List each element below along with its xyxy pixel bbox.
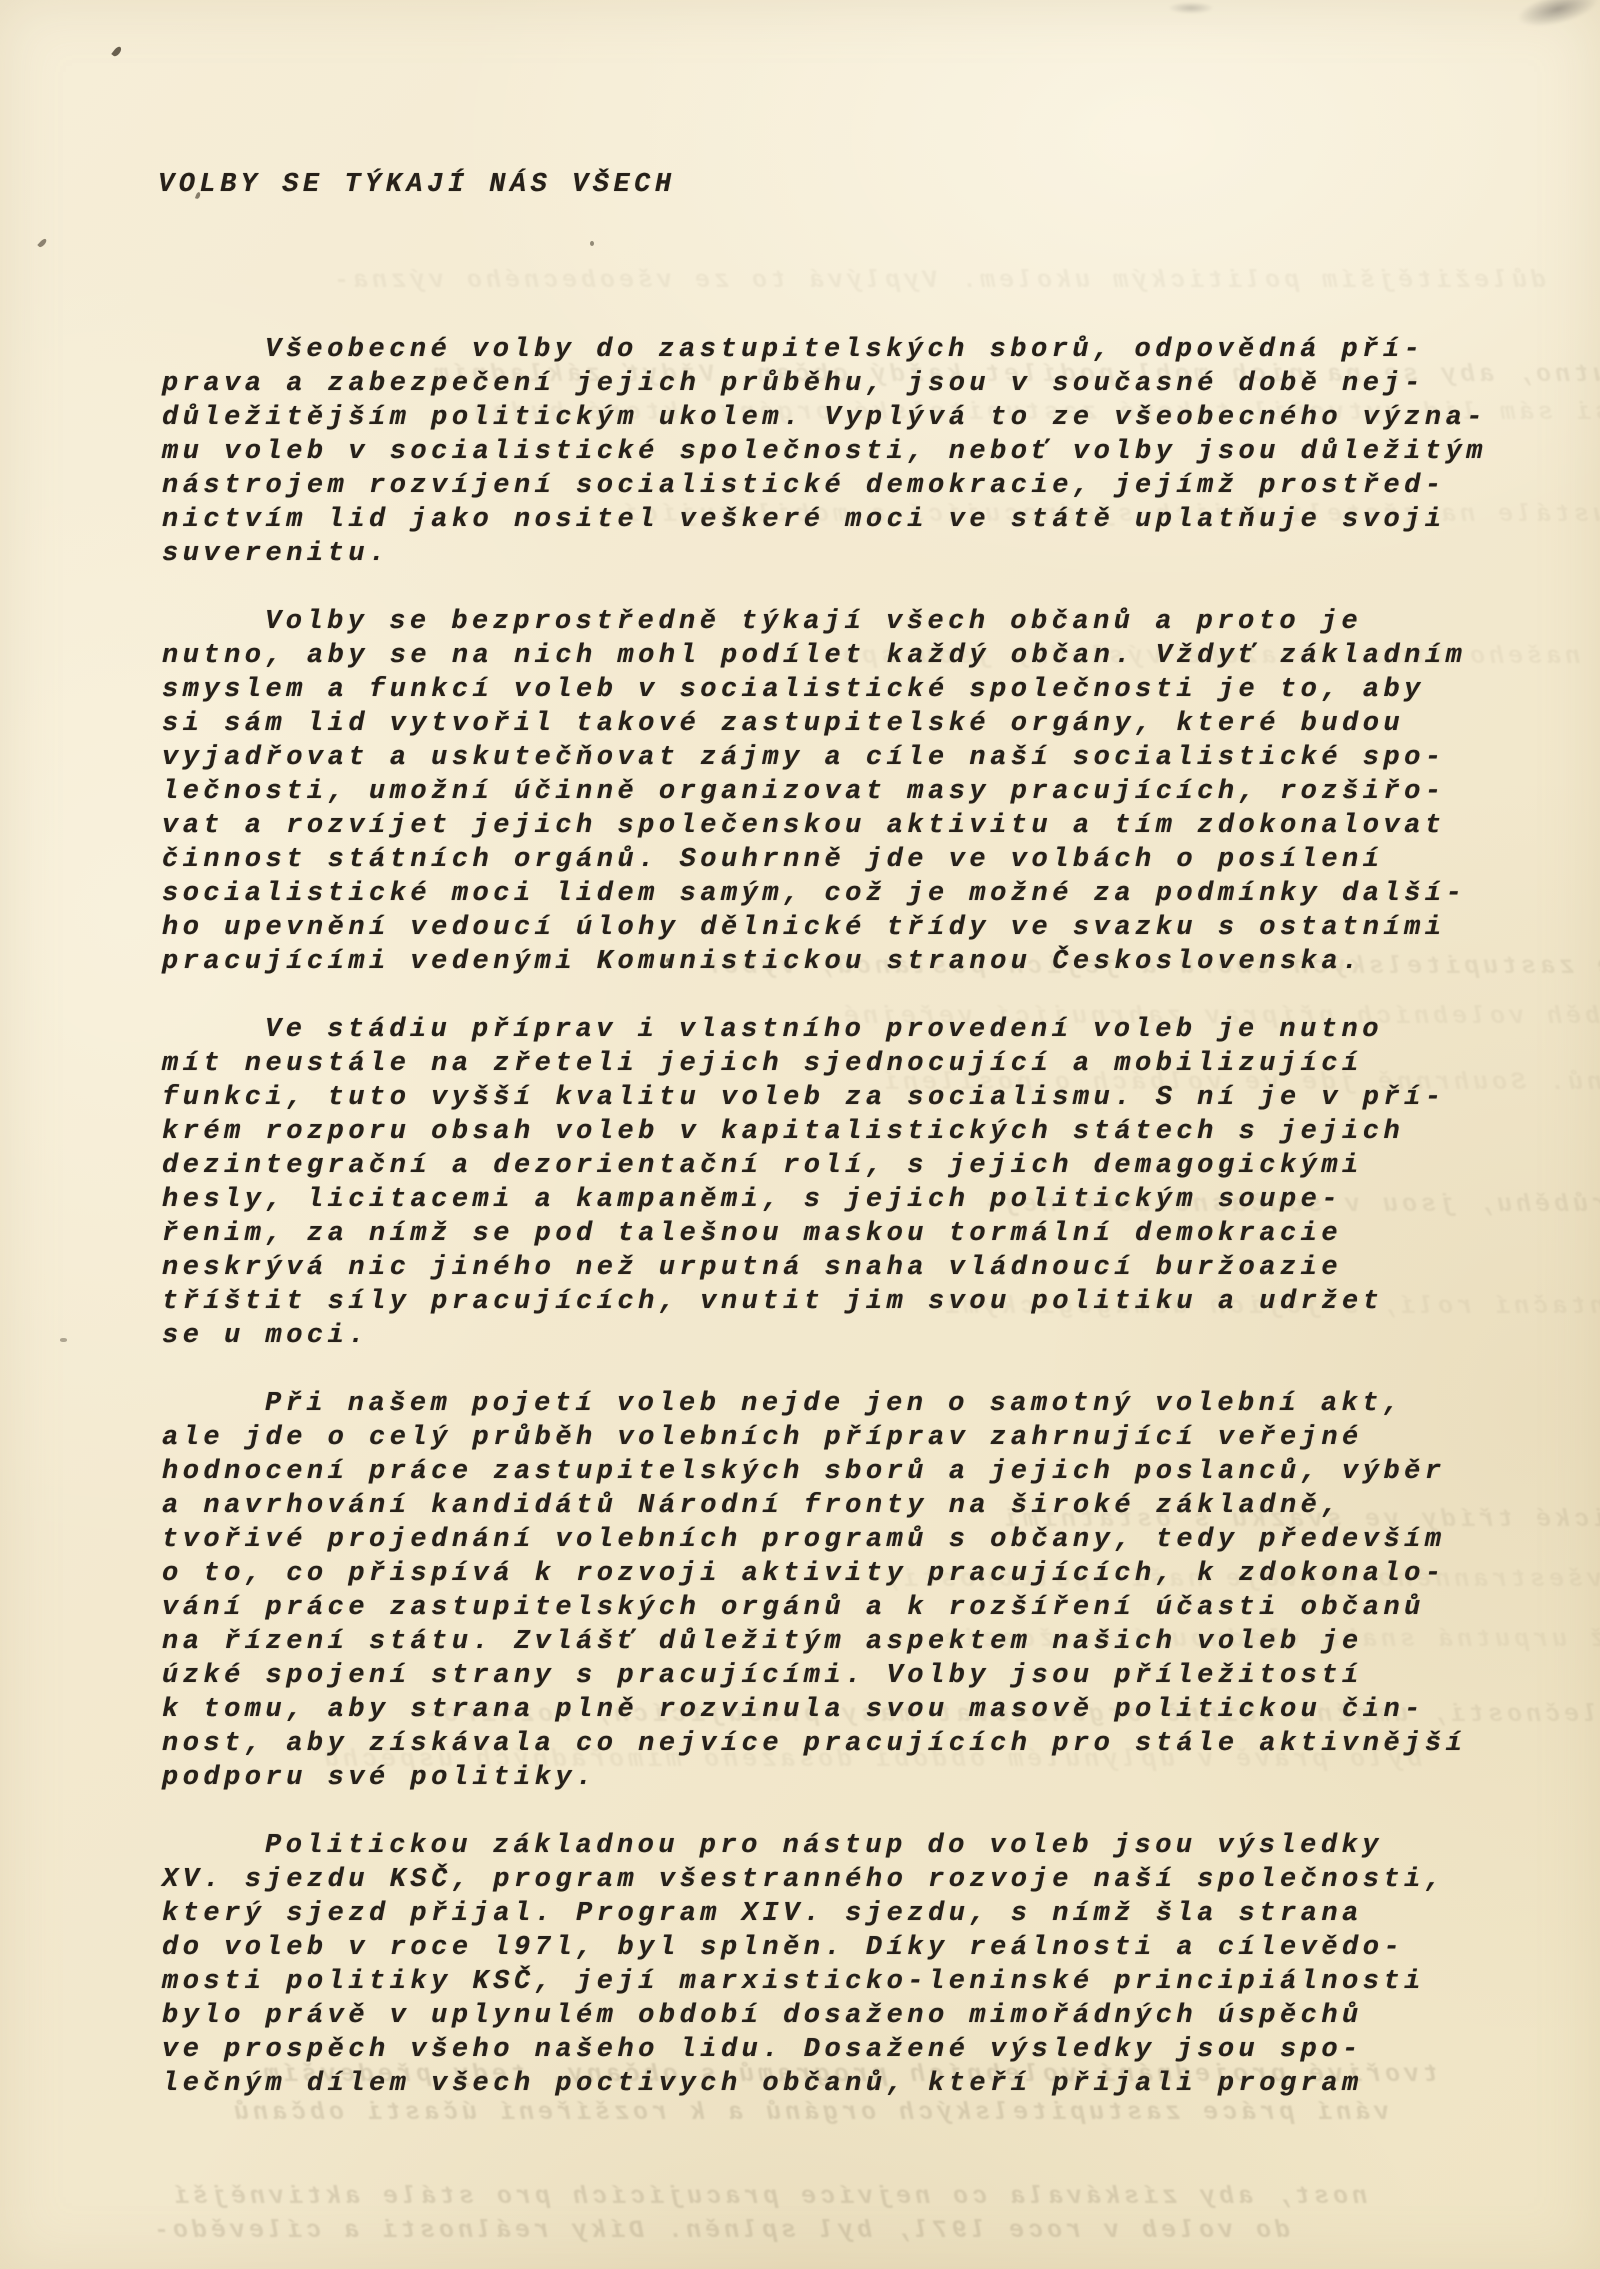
text-line: Při našem pojetí voleb nejde jen o samot…: [162, 1387, 1560, 1421]
paper-speck: [60, 1338, 67, 1342]
text-line: Všeobecné volby do zastupitelských sborů…: [162, 333, 1560, 367]
text-line: socialistické moci lidem samým, což je m…: [162, 877, 1560, 911]
text-line: o to, co přispívá k rozvoji aktivity pra…: [162, 1557, 1560, 1591]
document-body: Všeobecné volby do zastupitelských sborů…: [162, 333, 1560, 2135]
text-line: mu voleb v socialistické společnosti, ne…: [162, 435, 1560, 469]
text-line: činnost státních orgánů. Souhrnně jde ve…: [162, 843, 1560, 877]
text-line: pracujícími vedenými Komunistickou stran…: [162, 945, 1560, 979]
paragraph: Při našem pojetí voleb nejde jen o samot…: [162, 1387, 1560, 1795]
paragraph: Politickou základnou pro nástup do voleb…: [162, 1829, 1560, 2101]
text-line: Volby se bezprostředně týkají všech obča…: [162, 605, 1560, 639]
text-line: se u moci.: [162, 1319, 1560, 1353]
text-line: hesly, licitacemi a kampaněmi, s jejich …: [162, 1183, 1560, 1217]
text-line: do voleb v roce l97l, byl splněn. Díky r…: [162, 1931, 1560, 1965]
text-line: vyjadřovat a uskutečňovat zájmy a cíle n…: [162, 741, 1560, 775]
paragraph: Volby se bezprostředně týkají všech obča…: [162, 605, 1560, 979]
text-line: lečnosti, umožní účinně organizovat masy…: [162, 775, 1560, 809]
text-line: Ve stádiu příprav i vlastního provedení …: [162, 1013, 1560, 1047]
text-line: prava a zabezpečení jejich průběhu, jsou…: [162, 367, 1560, 401]
document-title: VOLBY SE TÝKAJÍ NÁS VŠECH: [158, 168, 676, 202]
text-line: mít neustále na zřeteli jejich sjednocuj…: [162, 1047, 1560, 1081]
paper-speck: [37, 238, 47, 249]
text-line: který sjezd přijal. Program XIV. sjezdu,…: [162, 1897, 1560, 1931]
text-line: smyslem a funkcí voleb v socialistické s…: [162, 673, 1560, 707]
text-line: nástrojem rozvíjení socialistické demokr…: [162, 469, 1560, 503]
paper-speck: [590, 241, 594, 246]
text-line: mosti politiky KSČ, její marxisticko-len…: [162, 1965, 1560, 1999]
text-line: suverenitu.: [162, 537, 1560, 571]
bleedthrough-text: nost, aby získávala co nejvíce pracující…: [170, 2182, 1367, 2211]
paragraph: Ve stádiu příprav i vlastního provedení …: [162, 1013, 1560, 1353]
paper-speck: [111, 45, 123, 57]
text-line: na řízení státu. Zvlášť důležitým aspekt…: [162, 1625, 1560, 1659]
text-line: neskrývá nic jiného než urputná snaha vl…: [162, 1251, 1560, 1285]
text-line: lečným dílem všech poctivych občanů, kte…: [162, 2067, 1560, 2101]
text-line: ho upevnění vedoucí úlohy dělnické třídy…: [162, 911, 1560, 945]
text-line: hodnocení práce zastupitelských sborů a …: [162, 1455, 1560, 1489]
text-line: bylo právě v uplynulém období dosaženo m…: [162, 1999, 1560, 2033]
text-line: ve prospěch všeho našeho lidu. Dosažené …: [162, 2033, 1560, 2067]
text-line: k tomu, aby strana plně rozvinula svou m…: [162, 1693, 1560, 1727]
bleedthrough-text: do voleb v roce l97l, byl splněn. Díky r…: [150, 2216, 1290, 2245]
text-line: nutno, aby se na nich mohl podílet každý…: [162, 639, 1560, 673]
text-line: si sám lid vytvořil takové zastupitelské…: [162, 707, 1560, 741]
paragraph: Všeobecné volby do zastupitelských sborů…: [162, 333, 1560, 571]
text-line: tvořivé projednání volebních programů s …: [162, 1523, 1560, 1557]
text-line: Politickou základnou pro nástup do voleb…: [162, 1829, 1560, 1863]
scan-smudge: [1168, 2, 1214, 14]
text-line: úzké spojení strany s pracujícími. Volby…: [162, 1659, 1560, 1693]
text-line: funkci, tuto vyšší kvalitu voleb za soci…: [162, 1081, 1560, 1115]
text-line: XV. sjezdu KSČ, program všestranného roz…: [162, 1863, 1560, 1897]
scan-smudge: [1514, 0, 1600, 34]
text-line: krém rozporu obsah voleb v kapitalistick…: [162, 1115, 1560, 1149]
text-line: podporu své politiky.: [162, 1761, 1560, 1795]
scanned-document-page: důležitějším politickým ukolem. Vyplývá …: [0, 0, 1600, 2269]
text-line: důležitějším politickým ukolem. Vyplývá …: [162, 401, 1560, 435]
text-line: nost, aby získávala co nejvíce pracující…: [162, 1727, 1560, 1761]
bleedthrough-text: důležitějším politickým ukolem. Vyplývá …: [330, 266, 1546, 295]
text-line: vání práce zastupitelských orgánů a k ro…: [162, 1591, 1560, 1625]
text-line: nictvím lid jako nositel veškeré moci ve…: [162, 503, 1560, 537]
text-line: řenim, za nímž se pod talešnou maskou to…: [162, 1217, 1560, 1251]
text-line: tříštit síly pracujících, vnutit jim svo…: [162, 1285, 1560, 1319]
text-line: dezintegrační a dezorientační rolí, s je…: [162, 1149, 1560, 1183]
text-line: a navrhování kandidátů Národní fronty na…: [162, 1489, 1560, 1523]
text-line: ale jde o celý průběh volebních příprav …: [162, 1421, 1560, 1455]
text-line: vat a rozvíjet jejich společenskou aktiv…: [162, 809, 1560, 843]
